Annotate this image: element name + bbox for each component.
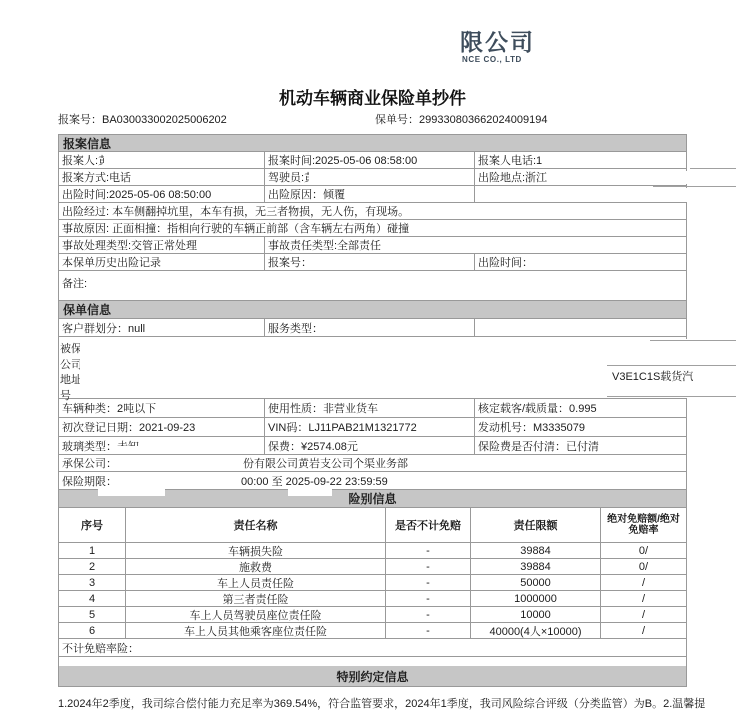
section-header-special-terms: 特别约定信息 xyxy=(59,666,686,686)
field-vin: VIN码：LJ11PAB21M1321772 xyxy=(265,418,475,436)
table-row: 车辆种类：2吨以下 使用性质：非营业货车 核定载客/载质量：0.995 xyxy=(59,399,686,418)
redacted-fragment-insured: 被保 xyxy=(60,340,82,356)
redaction-box xyxy=(476,188,728,202)
field-glass-type: 玻璃类型：未知 xyxy=(59,437,265,454)
coverage-name: 车上人员其他乘客座位责任险 xyxy=(126,623,386,638)
company-logo-text: 限公司 xyxy=(460,30,535,55)
insurance-policy-copy-page: 限公司 NCE CO., LTD 机动车辆商业保险单抄件 报案号：BA03003… xyxy=(0,0,736,710)
line-fragment xyxy=(607,365,736,366)
table-row: 不计免赔率险： xyxy=(59,639,686,657)
coverage-seq: 5 xyxy=(59,607,126,622)
field-accident-time: 出险时间:2025-05-06 08:50:00 xyxy=(59,186,265,202)
column-header-name: 责任名称 xyxy=(126,508,386,542)
coverage-limit: 39884 xyxy=(471,559,601,574)
field-remarks: 备注: xyxy=(59,271,686,300)
section-header-report-info: 报案信息 xyxy=(59,135,686,152)
section-header-policy-info: 保单信息 xyxy=(59,301,686,319)
policy-document-table: 报案信息 报案人:黄 报案时间:2025-05-06 08:58:00 报案人电… xyxy=(58,134,687,687)
field-report-method: 报案方式:电话 xyxy=(59,169,265,185)
redacted-fragment-company: 公司 xyxy=(60,356,82,372)
field-service-type: 服务类型： xyxy=(265,319,475,336)
field-accident-cause: 出险原因：倾覆 xyxy=(265,186,475,202)
line-fragment xyxy=(653,186,736,187)
column-header-seq: 序号 xyxy=(59,508,126,542)
table-row: 备注: xyxy=(59,271,686,301)
coverage-name: 车上人员驾驶员座位责任险 xyxy=(126,607,386,622)
table-row: 初次登记日期：2021-09-23 VIN码：LJ11PAB21M1321772… xyxy=(59,418,686,437)
column-header-waived: 是否不计免赔 xyxy=(386,508,471,542)
field-accident-reason: 事故原因: 正面相撞：指相向行驶的车辆正前部（含车辆左右两角）碰撞 xyxy=(59,220,686,236)
spacer-row xyxy=(59,657,686,666)
field-customer-group: 客户群划分：null xyxy=(59,319,265,336)
field-history-accident-time: 出险时间： xyxy=(475,254,686,270)
table-row: 玻璃类型：未知 保费：¥2574.08元 保险费是否付清：已付清 xyxy=(59,437,686,455)
coverage-deductible: 0/ xyxy=(601,543,686,558)
coverage-row: 3 车上人员责任险 - 50000 / xyxy=(59,575,686,591)
coverage-waived: - xyxy=(386,559,471,574)
table-row: 事故处理类型:交管正常处理 事故责任类型:全部责任 xyxy=(59,237,686,254)
coverage-row: 1 车辆损失险 - 39884 0/ xyxy=(59,543,686,559)
vehicle-model-fragment: V3E1C1S载货汽 xyxy=(612,368,693,384)
redaction-box xyxy=(80,338,615,398)
coverage-limit: 1000000 xyxy=(471,591,601,606)
coverage-deductible: / xyxy=(601,607,686,622)
line-fragment xyxy=(607,396,736,397)
coverage-deductible: / xyxy=(601,623,686,638)
field-first-registration: 初次登记日期：2021-09-23 xyxy=(59,418,265,436)
coverage-seq: 1 xyxy=(59,543,126,558)
redaction-box xyxy=(552,171,728,184)
coverage-row: 4 第三者责任险 - 1000000 / xyxy=(59,591,686,607)
coverage-name: 第三者责任险 xyxy=(126,591,386,606)
coverage-limit: 50000 xyxy=(471,575,601,590)
field-insurer-visible-value: 份有限公司黄岩支公司个渠业务部 xyxy=(243,455,408,471)
report-number-value: BA030033002025006202 xyxy=(102,114,227,126)
field-history-label: 本保单历史出险记录 xyxy=(59,254,265,270)
company-logo: 限公司 NCE CO., LTD xyxy=(460,30,535,64)
coverage-name: 车上人员责任险 xyxy=(126,575,386,590)
field-liability-type: 事故责任类型:全部责任 xyxy=(265,237,686,253)
coverage-deductible: / xyxy=(601,575,686,590)
coverage-deductible: / xyxy=(601,591,686,606)
table-row: 事故原因: 正面相撞：指相向行驶的车辆正前部（含车辆左右两角）碰撞 xyxy=(59,220,686,237)
field-insurer: 承保公司： 份有限公司黄岩支公司个渠业务部 xyxy=(59,455,686,471)
coverage-table-header-row: 序号 责任名称 是否不计免赔 责任限额 绝对免赔额/绝对免赔率 xyxy=(59,508,686,543)
field-reporter: 报案人:黄 xyxy=(59,152,265,168)
field-history-report-no: 报案号： xyxy=(265,254,475,270)
line-fragment xyxy=(690,168,736,169)
coverage-deductible: 0/ xyxy=(601,559,686,574)
table-row: 承保公司： 份有限公司黄岩支公司个渠业务部 xyxy=(59,455,686,472)
column-header-limit: 责任限额 xyxy=(471,508,601,542)
coverage-limit: 10000 xyxy=(471,607,601,622)
redacted-fragment-address: 地址 xyxy=(60,371,82,387)
field-accident-description: 出险经过: 本车侧翻掉坑里，本车有损，无三者物损，无人伤，有现场。 xyxy=(59,203,686,219)
coverage-limit: 39884 xyxy=(471,543,601,558)
line-fragment xyxy=(650,340,736,341)
redaction-box xyxy=(309,171,371,184)
coverage-waived: - xyxy=(386,623,471,638)
coverage-row: 5 车上人员驾驶员座位责任险 - 10000 / xyxy=(59,607,686,623)
policy-number-label: 保单号： xyxy=(375,114,419,126)
document-title: 机动车辆商业保险单抄件 xyxy=(58,84,687,109)
field-usage-nature: 使用性质：非营业货车 xyxy=(265,399,475,417)
report-number: 报案号：BA030033002025006202 xyxy=(58,111,227,127)
field-deductible-waiver-note: 不计免赔率险： xyxy=(59,639,686,656)
coverage-name: 车辆损失险 xyxy=(126,543,386,558)
coverage-limit: 40000(4人×10000) xyxy=(471,623,601,638)
field-vehicle-type: 车辆种类：2吨以下 xyxy=(59,399,265,417)
field-premium: 保费：¥2574.08元 xyxy=(265,437,475,454)
redaction-box xyxy=(111,446,143,453)
redaction-box xyxy=(98,486,165,496)
field-engine-no: 发动机号：M3335079 xyxy=(475,418,686,436)
field-insurer-label: 承保公司： xyxy=(62,455,117,471)
policy-number-value: 299330803662024009194 xyxy=(419,114,547,126)
coverage-waived: - xyxy=(386,591,471,606)
coverage-seq: 3 xyxy=(59,575,126,590)
company-logo-subtext: NCE CO., LTD xyxy=(460,55,535,64)
table-row: 客户群划分：null 服务类型： xyxy=(59,319,686,337)
field-handling-type: 事故处理类型:交管正常处理 xyxy=(59,237,265,253)
field-premium-paid: 保险费是否付清：已付清 xyxy=(475,437,686,454)
coverage-seq: 2 xyxy=(59,559,126,574)
coverage-row: 6 车上人员其他乘客座位责任险 - 40000(4人×10000) / xyxy=(59,623,686,639)
redaction-box xyxy=(288,486,332,496)
field-empty xyxy=(475,319,686,336)
coverage-waived: - xyxy=(386,543,471,558)
coverage-waived: - xyxy=(386,575,471,590)
column-header-deductible: 绝对免赔额/绝对免赔率 xyxy=(601,508,686,542)
coverage-seq: 6 xyxy=(59,623,126,638)
field-approved-capacity: 核定载客/载质量：0.995 xyxy=(475,399,686,417)
coverage-row: 2 施救费 - 39884 0/ xyxy=(59,559,686,575)
redaction-box xyxy=(104,154,156,167)
coverage-seq: 4 xyxy=(59,591,126,606)
table-row: 出险经过: 本车侧翻掉坑里，本车有损，无三者物损，无人伤，有现场。 xyxy=(59,203,686,220)
field-reporter-phone: 报案人电话:1 xyxy=(475,152,686,168)
special-terms-text: 1.2024年2季度，我司综合偿付能力充足率为369.54%，符合监管要求，20… xyxy=(58,695,736,710)
report-number-label: 报案号： xyxy=(58,114,102,126)
policy-number: 保单号：299330803662024009194 xyxy=(375,111,547,127)
coverage-name: 施救费 xyxy=(126,559,386,574)
redacted-fragment-number: 号 xyxy=(60,387,71,403)
table-row: 本保单历史出险记录 报案号： 出险时间： xyxy=(59,254,686,271)
coverage-waived: - xyxy=(386,607,471,622)
field-report-time: 报案时间:2025-05-06 08:58:00 xyxy=(265,152,475,168)
